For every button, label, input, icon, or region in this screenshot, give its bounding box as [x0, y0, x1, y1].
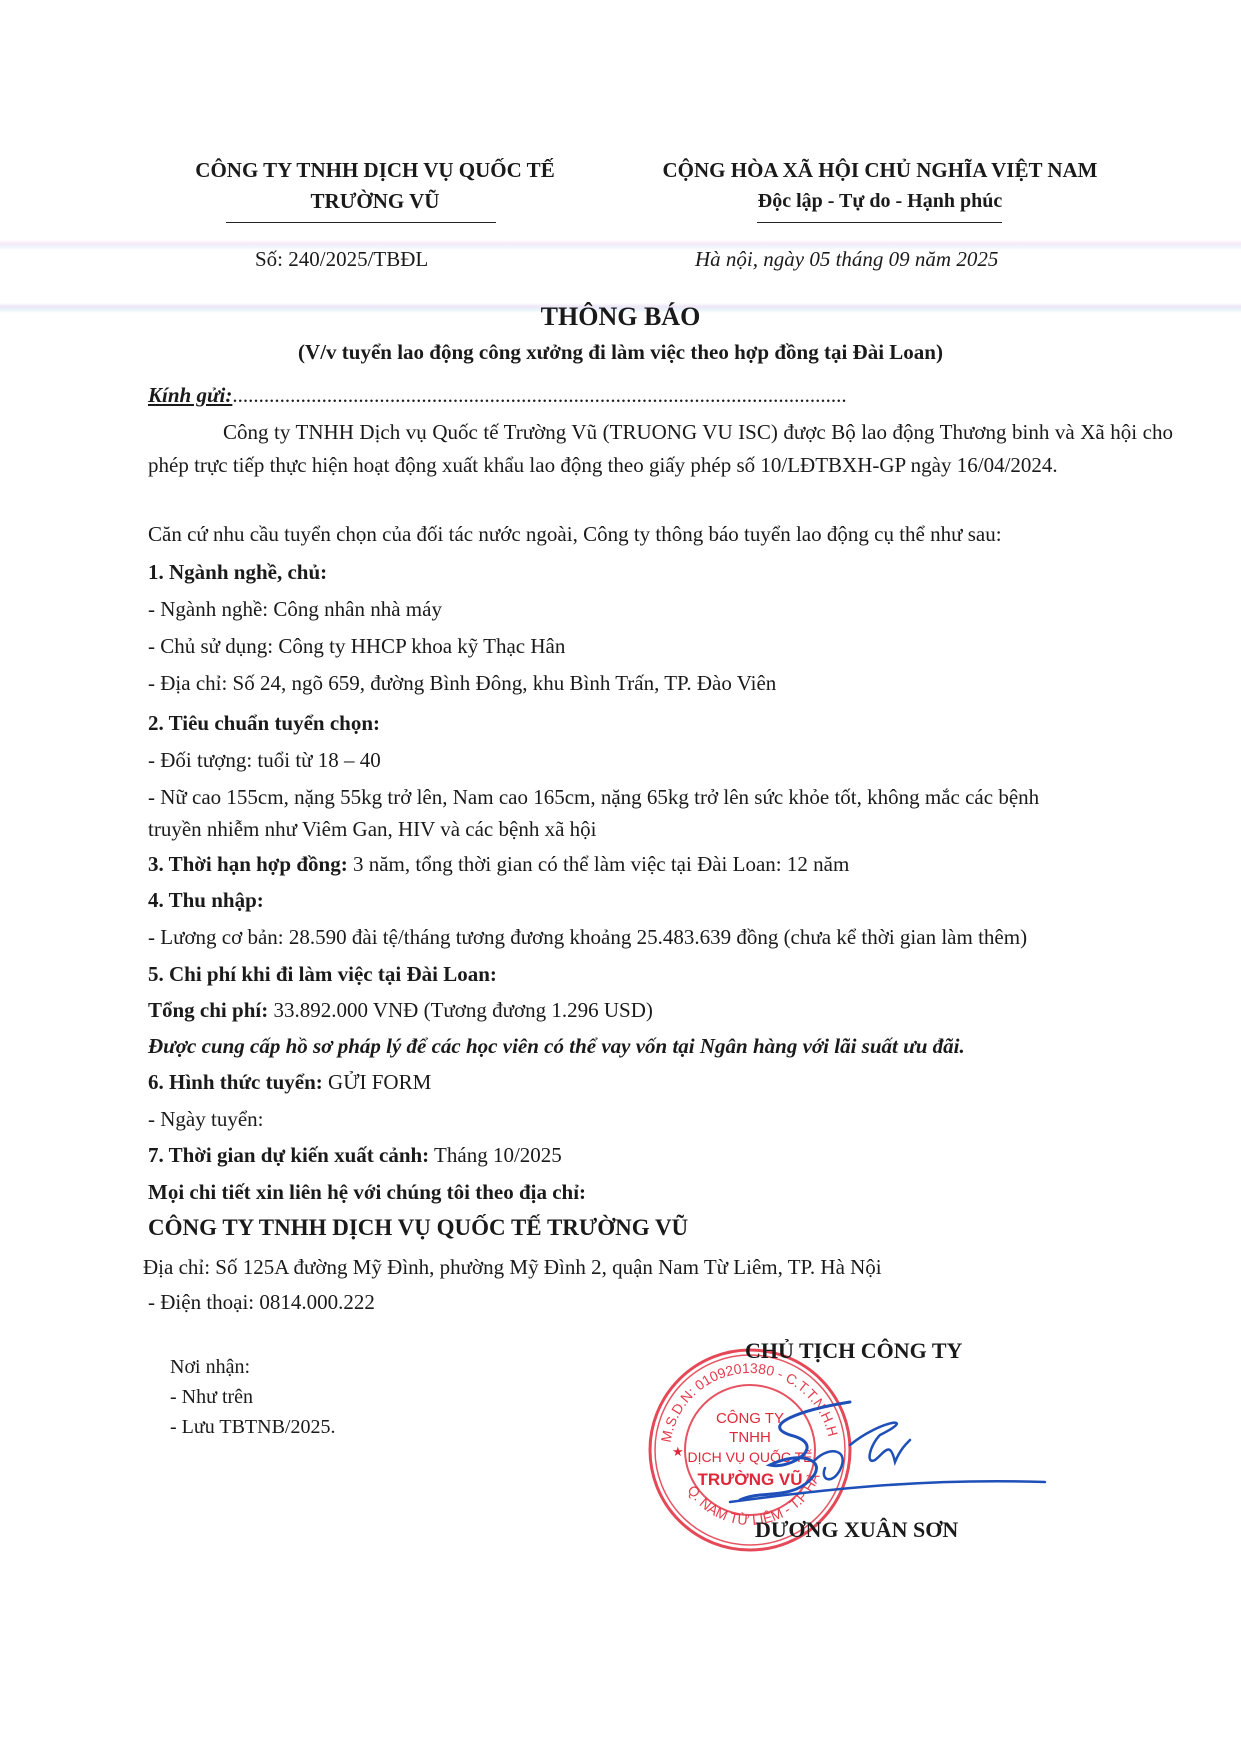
- section-2-heading: 2. Tiêu chuẩn tuyển chọn:: [148, 711, 380, 736]
- issuer-name-line2: TRƯỜNG VŨ: [140, 186, 610, 217]
- document-page: CÔNG TY TNHH DỊCH VỤ QUỐC TẾ TRƯỜNG VŨ C…: [0, 0, 1241, 1755]
- motto-underline: [757, 222, 1002, 223]
- section-3-value: 3 năm, tổng thời gian có thể làm việc tạ…: [348, 852, 850, 876]
- place-date: Hà nội, ngày 05 tháng 09 năm 2025: [695, 247, 998, 272]
- scan-artifact-line: [0, 240, 1241, 250]
- section-1-item: - Ngành nghề: Công nhân nhà máy: [148, 597, 442, 622]
- reference-number: Số: 240/2025/TBĐL: [255, 247, 428, 272]
- section-6-heading: 6. Hình thức tuyển:: [148, 1070, 323, 1094]
- section-1-item: - Chủ sử dụng: Công ty HHCP khoa kỹ Thạc…: [148, 634, 565, 659]
- signature-icon: [700, 1390, 1060, 1520]
- section-5-heading: 5. Chi phí khi đi làm việc tại Đài Loan:: [148, 962, 497, 987]
- contact-company: CÔNG TY TNHH DỊCH VỤ QUỐC TẾ TRƯỜNG VŨ: [148, 1215, 688, 1241]
- total-cost-label: Tổng chi phí:: [148, 998, 268, 1022]
- recipient-item: - Như trên: [170, 1386, 253, 1409]
- section-4-item: - Lương cơ bản: 28.590 đài tệ/tháng tươn…: [148, 925, 1027, 950]
- section-7: 7. Thời gian dự kiến xuất cảnh: Tháng 10…: [148, 1143, 562, 1168]
- contact-intro: Mọi chi tiết xin liên hệ với chúng tôi t…: [148, 1180, 586, 1205]
- section-7-heading: 7. Thời gian dự kiến xuất cảnh:: [148, 1143, 429, 1167]
- section-6: 6. Hình thức tuyển: GỬI FORM: [148, 1070, 431, 1095]
- salutation-dots: ........................................…: [232, 383, 846, 407]
- section-4-heading: 4. Thu nhập:: [148, 888, 264, 913]
- signatory-name: DƯƠNG XUÂN SƠN: [755, 1517, 958, 1543]
- recipient-item: - Lưu TBTNB/2025.: [170, 1416, 335, 1439]
- section-2-item: - Nữ cao 155cm, nặng 55kg trở lên, Nam c…: [148, 785, 1039, 810]
- section-2-item: truyền nhiễm như Viêm Gan, HIV và các bệ…: [148, 817, 596, 842]
- section-6-item: - Ngày tuyển:: [148, 1107, 263, 1132]
- issuer-block: CÔNG TY TNHH DỊCH VỤ QUỐC TẾ TRƯỜNG VŨ: [140, 155, 610, 217]
- svg-text:★: ★: [672, 1445, 684, 1460]
- issuer-name-line1: CÔNG TY TNHH DỊCH VỤ QUỐC TẾ: [140, 155, 610, 186]
- section-7-value: Tháng 10/2025: [429, 1143, 562, 1167]
- section-6-value: GỬI FORM: [323, 1070, 431, 1094]
- document-title: THÔNG BÁO: [0, 302, 1241, 332]
- salutation: Kính gửi:...............................…: [148, 383, 847, 408]
- national-motto-block: CỘNG HÒA XÃ HỘI CHỦ NGHĨA VIỆT NAM Độc l…: [610, 155, 1150, 217]
- intro-basis: Căn cứ nhu cầu tuyển chọn của đối tác nư…: [148, 522, 1002, 547]
- salutation-label: Kính gửi:: [148, 383, 232, 407]
- intro-paragraph: Công ty TNHH Dịch vụ Quốc tế Trường Vũ (…: [148, 416, 1173, 482]
- national-name: CỘNG HÒA XÃ HỘI CHỦ NGHĨA VIỆT NAM: [610, 155, 1150, 186]
- section-5-note: Được cung cấp hồ sơ pháp lý để các học v…: [148, 1034, 965, 1059]
- contact-address: Địa chỉ: Số 125A đường Mỹ Đình, phường M…: [143, 1255, 882, 1280]
- section-1-heading: 1. Ngành nghề, chủ:: [148, 560, 327, 585]
- section-2-item: - Đối tượng: tuổi từ 18 – 40: [148, 748, 381, 773]
- recipients-label: Nơi nhận:: [170, 1356, 250, 1379]
- section-3: 3. Thời hạn hợp đồng: 3 năm, tổng thời g…: [148, 852, 849, 877]
- document-subtitle: (V/v tuyển lao động công xưởng đi làm vi…: [0, 340, 1241, 365]
- section-3-heading: 3. Thời hạn hợp đồng:: [148, 852, 348, 876]
- issuer-underline: [226, 222, 496, 223]
- section-5-total: Tổng chi phí: 33.892.000 VNĐ (Tương đươn…: [148, 998, 653, 1023]
- signatory-title: CHỦ TỊCH CÔNG TY: [745, 1338, 962, 1364]
- national-motto: Độc lập - Tự do - Hạnh phúc: [610, 186, 1150, 217]
- total-cost-value: 33.892.000 VNĐ (Tương đương 1.296 USD): [268, 998, 653, 1022]
- section-1-item: - Địa chỉ: Số 24, ngõ 659, đường Bình Đô…: [148, 671, 776, 696]
- contact-phone: - Điện thoại: 0814.000.222: [148, 1290, 375, 1315]
